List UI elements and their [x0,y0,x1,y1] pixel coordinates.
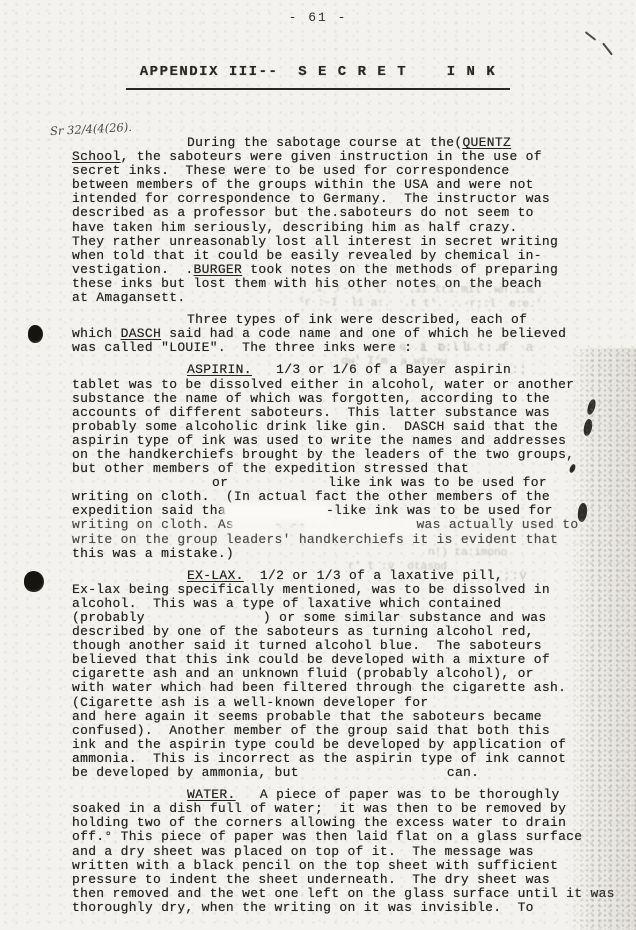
text-line: School, the saboteurs were given instruc… [72,150,582,164]
text-segment: writing on cloth. As [72,517,234,532]
scanned-document-page: - 61 - APPENDIX III-- S E C R E T I N K … [0,0,636,930]
text-segment: ammonia. This is incorrect as the aspiri… [72,751,566,766]
paragraph: Three types of ink were described, each … [72,313,582,355]
text-segment: During the sabotage course at the( [187,135,462,150]
text-segment: but other members of the expedition stre… [72,461,469,476]
text-line: then removed and the wet one left on the… [72,887,582,901]
text-line: at Amagansett. [72,291,582,305]
text-segment: have taken him seriously, describing him… [72,220,518,235]
bleedthrough-fragment: :: [511,362,527,377]
text-segment: (Cigarette ash is a well-known developer… [72,695,428,710]
text-segment: or [212,475,228,490]
text-line: when told that it could be easily reveal… [72,249,582,263]
text-segment: A piece of paper was to be thoroughly [236,787,560,802]
text-segment: substance the name of which was forgotte… [72,391,550,406]
text-line: confused). Another member of the group s… [72,724,582,738]
appendix-title: APPENDIX III-- S E C R E T I N K [126,64,510,90]
text-segment: tablet was to be dissolved either in alc… [72,377,574,392]
text-segment: though another said it turned alcohol bl… [72,638,542,653]
text-line: be developed by ammonia, butcan. [72,766,582,780]
text-line: During the sabotage course at the(QUENTZ [72,136,582,150]
text-segment: and here again it seems probable that th… [72,709,542,724]
text-line: thoroughly dry, when the writing on it w… [72,901,582,915]
text-line: have taken him seriously, describing him… [72,221,582,235]
text-segment: on the handkerchiefs brought by the lead… [72,447,574,462]
text-segment: probably some alcoholic drink like gin. … [72,419,558,434]
ink-blob [577,502,589,522]
bleedthrough-fragment: - -- [274,517,306,532]
text-segment: was called "LOUIE". The three inks were … [72,340,420,355]
text-segment: took notes on the methods of preparing [242,262,558,277]
text-line: aspirin type of ink was used to write th… [72,434,582,448]
text-segment: ink and the aspirin type could be develo… [72,737,566,752]
text-segment: at Amagansett. [72,290,185,305]
text-line: orlike ink was to be used for [72,476,582,490]
text-segment: these inks but lost them with his other … [72,276,542,291]
text-line: writing on cloth. As- --was actually use… [72,518,582,532]
text-segment: holding two of the corners allowing the … [72,815,566,830]
text-line: was called "LOUIE". The three inks were … [72,341,582,355]
text-segment: then removed and the wet one left on the… [72,886,615,901]
text-segment: , the saboteurs were given instruction i… [121,149,542,164]
text-line: substance the name of which was forgotte… [72,392,582,406]
text-segment: cigarette ash and an unknown fluid (prob… [72,666,534,681]
text-segment: and a dry sheet was placed on top of it.… [72,844,534,859]
text-segment: aspirin type of ink was used to write th… [72,433,566,448]
text-line: holding two of the corners allowing the … [72,816,582,830]
text-line: (Cigarette ash is a well-known developer… [72,696,582,710]
text-segment: be developed by ammonia, but [72,765,299,780]
text-segment: with water which had been filtered throu… [72,680,566,695]
text-line: and here again it seems probable that th… [72,710,582,724]
text-segment: off.° This piece of paper was then laid … [72,829,582,844]
text-line: and a dry sheet was placed on top of it.… [72,845,582,859]
text-line: intended for correspondence to Germany. … [72,192,582,206]
underlined-text: EX-LAX. [187,568,244,583]
text-segment: 1/2 or 1/3 of a laxative pill, [244,568,503,583]
text-line: with water which had been filtered throu… [72,681,582,695]
redaction-blank [299,768,447,780]
text-line: on the handkerchiefs brought by the lead… [72,448,582,462]
underlined-text: ASPIRIN. [187,362,252,377]
text-segment: was actually used to [416,517,578,532]
text-line: between members of the groups within the… [72,178,582,192]
text-segment: between members of the groups within the… [72,177,534,192]
text-segment: pressure to indent the sheet underneath.… [72,872,550,887]
paragraph: ASPIRIN. 1/3 or 1/6 of a Bayer aspirin::… [72,363,582,560]
text-line: these inks but lost them with his other … [72,277,582,291]
text-line: EX-LAX. 1/2 or 1/3 of a laxative pill,;:… [72,569,582,583]
text-line: this was a mistake.) [72,547,582,561]
text-segment: thoroughly dry, when the writing on it w… [72,900,534,915]
text-line: though another said it turned alcohol bl… [72,639,582,653]
text-segment: soaked in a dish full of water; it was t… [72,801,566,816]
text-segment: written with a black pencil on the top s… [72,858,558,873]
text-segment: 1/3 or 1/6 of a Bayer aspirin [252,362,511,377]
text-line: vestigation. .BURGER took notes on the m… [72,263,582,277]
text-line: cigarette ash and an unknown fluid (prob… [72,667,582,681]
text-segment: which [72,326,121,341]
text-segment: intended for correspondence to Germany. … [72,191,550,206]
text-line: off.° This piece of paper was then laid … [72,830,582,844]
text-segment: described by one of the saboteurs as tur… [72,624,534,639]
underlined-text: DASCH [121,326,162,341]
text-line: probably some alcoholic drink like gin. … [72,420,582,434]
text-segment: write on the group leaders' handkerchief… [72,532,558,547]
underlined-text: QUENTZ [462,135,511,150]
text-line: Ex-lax being specifically mentioned, was… [72,583,582,597]
text-segment: vestigation. . [72,262,194,277]
text-line: described by one of the saboteurs as tur… [72,625,582,639]
text-line: alcohol. This was a type of laxative whi… [72,597,582,611]
paragraph: EX-LAX. 1/2 or 1/3 of a laxative pill,;:… [72,569,582,780]
underlined-text: School [72,149,121,164]
text-segment: alcohol. This was a type of laxative whi… [72,596,501,611]
bleedthrough-fragment: ;:v [503,568,527,583]
text-segment: They rather unreasonably lost all intere… [72,234,558,249]
text-line: ink and the aspirin type could be develo… [72,738,582,752]
page-number: - 61 - [0,10,636,25]
text-line: ammonia. This is incorrect as the aspiri… [72,752,582,766]
text-line: WATER. A piece of paper was to be thorou… [72,788,582,802]
ink-blob [586,398,598,415]
text-segment: believed that this ink could be develope… [72,652,550,667]
text-segment: like ink was to be used for [328,475,547,490]
text-segment: secret inks. These were to be used for c… [72,163,509,178]
text-line: described as a professor but the.saboteu… [72,206,582,220]
text-line: believed that this ink could be develope… [72,653,582,667]
paragraph: WATER. A piece of paper was to be thorou… [72,788,582,915]
text-segment: (probably [72,610,145,625]
paragraph: During the sabotage course at the(QUENTZ… [72,136,582,305]
text-segment: this was a mistake.) [72,546,234,561]
ink-blob [582,418,593,436]
text-line: written with a black pencil on the top s… [72,859,582,873]
text-segment: Ex-lax being specifically mentioned, was… [72,582,550,597]
text-line: They rather unreasonably lost all intere… [72,235,582,249]
underlined-text: BURGER [194,262,243,277]
text-line: secret inks. These were to be used for c… [72,164,582,178]
text-line: Three types of ink were described, each … [72,313,582,327]
text-segment: when told that it could be easily reveal… [72,248,542,263]
text-line: soaked in a dish full of water; it was t… [72,802,582,816]
text-line: but other members of the expedition stre… [72,462,582,476]
text-segment: can. [447,765,479,780]
hole-punch [28,325,43,343]
text-line: pressure to indent the sheet underneath.… [72,873,582,887]
bleedthrough-fragment: i t:.l :.f a [420,340,533,355]
pen-mark [602,42,613,55]
text-segment: ) or some similar substance and was [263,610,547,625]
text-segment: said had a code name and one of which he… [161,326,566,341]
text-segment: described as a professor but the.saboteu… [72,205,534,220]
appendix-title-wrap: APPENDIX III-- S E C R E T I N K [0,62,636,90]
text-segment: writing on cloth. (In actual fact the ot… [72,489,550,504]
text-line: accounts of different saboteurs. This la… [72,406,582,420]
hole-punch [24,571,44,592]
text-line: (probably) or some similar substance and… [72,611,582,625]
text-line: write on the group leaders' handkerchief… [72,533,582,547]
pen-mark [585,31,596,41]
document-body: During the sabotage course at the(QUENTZ… [72,136,582,923]
text-line: ASPIRIN. 1/3 or 1/6 of a Bayer aspirin:: [72,363,582,377]
underlined-text: WATER. [187,787,236,802]
text-segment: Three types of ink were described, each … [187,312,527,327]
text-segment: confused). Another member of the group s… [72,723,550,738]
text-segment: accounts of different saboteurs. This la… [72,405,550,420]
text-line: tablet was to be dissolved either in alc… [72,378,582,392]
